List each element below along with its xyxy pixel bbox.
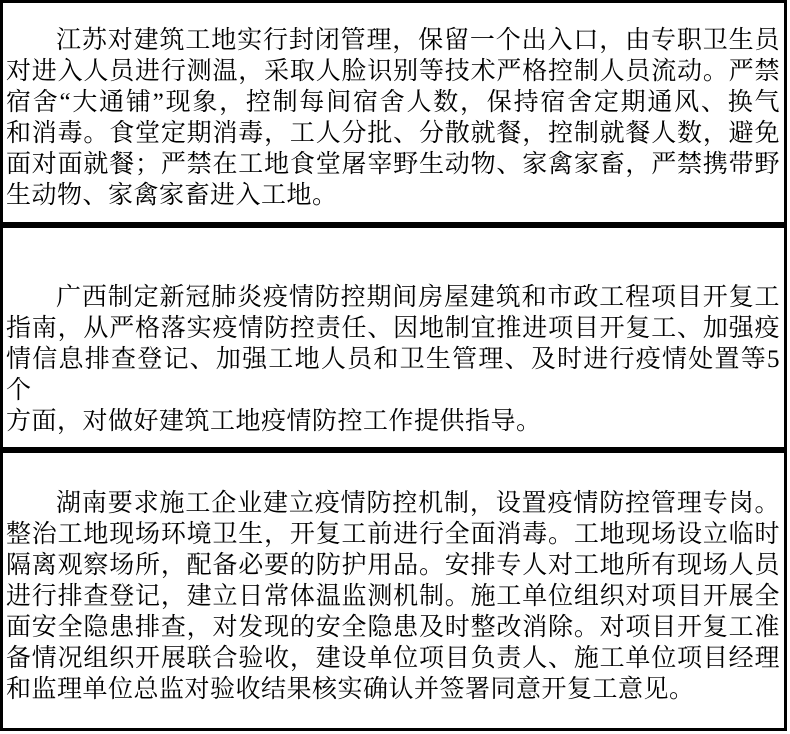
text-line: 整治工地现场环境卫生，开复工前进行全面消毒。工地现场设立临时 bbox=[6, 519, 780, 550]
text-block-guangxi: 广西制定新冠肺炎疫情防控期间房屋建筑和市政工程项目开复工指南，从严格落实疫情防控… bbox=[0, 225, 787, 450]
text-line: 指南，从严格落实疫情防控责任、因地制宜推进项目开复工、加强疫 bbox=[6, 313, 780, 344]
text-line: 湖南要求施工企业建立疫情防控机制，设置疫情防控管理专岗。 bbox=[6, 488, 780, 519]
text-line: 进行排查登记，建立日常体温监测机制。施工单位组织对项目开展全 bbox=[6, 581, 780, 612]
text-line: 和消毒。食堂定期消毒，工人分批、分散就餐，控制就餐人数，避免 bbox=[6, 118, 780, 149]
text-line: 宿舍“大通铺”现象，控制每间宿舍人数，保持宿舍定期通风、换气 bbox=[6, 87, 780, 118]
text-line: 隔离观察场所，配备必要的防护用品。安排专人对工地所有现场人员 bbox=[6, 550, 780, 581]
text-line: 广西制定新冠肺炎疫情防控期间房屋建筑和市政工程项目开复工 bbox=[6, 282, 780, 313]
document-page: 江苏对建筑工地实行封闭管理，保留一个出入口，由专职卫生员对进入人员进行测温，采取… bbox=[0, 0, 790, 734]
text-line: 江苏对建筑工地实行封闭管理，保留一个出入口，由专职卫生员 bbox=[6, 25, 780, 56]
text-line: 备情况组织开展联合验收，建设单位项目负责人、施工单位项目经理 bbox=[6, 643, 780, 674]
text-block-hunan: 湖南要求施工企业建立疫情防控机制，设置疫情防控管理专岗。整治工地现场环境卫生，开… bbox=[0, 450, 787, 731]
text-line: 和监理单位总监对验收结果核实确认并签署同意开复工意见。 bbox=[6, 674, 780, 705]
text-line: 对进入人员进行测温，采取人脸识别等技术严格控制人员流动。严禁 bbox=[6, 56, 780, 87]
text-line: 面对面就餐；严禁在工地食堂屠宰野生动物、家禽家畜，严禁携带野 bbox=[6, 149, 780, 180]
text-block-jiangsu: 江苏对建筑工地实行封闭管理，保留一个出入口，由专职卫生员对进入人员进行测温，采取… bbox=[0, 0, 787, 225]
text-line: 情信息排查登记、加强工地人员和卫生管理、及时进行疫情处置等5个 bbox=[6, 344, 780, 406]
text-line: 面安全隐患排查，对发现的安全隐患及时整改消除。对项目开复工准 bbox=[6, 612, 780, 643]
text-line: 生动物、家禽家畜进入工地。 bbox=[6, 180, 780, 211]
text-line: 方面，对做好建筑工地疫情防控工作提供指导。 bbox=[6, 406, 780, 437]
